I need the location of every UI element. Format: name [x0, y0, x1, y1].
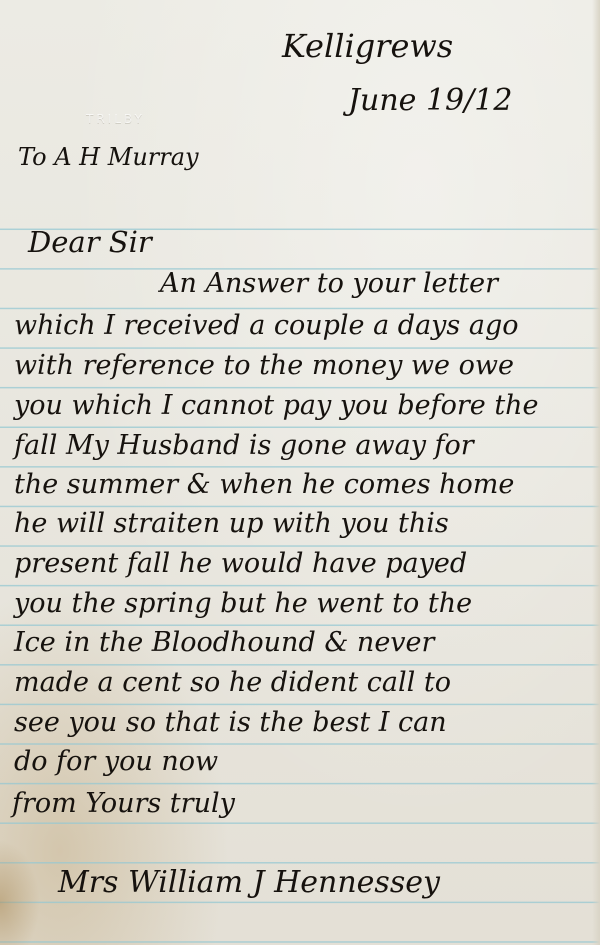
body-line: An Answer to your letter — [160, 270, 498, 297]
body-line: which I received a couple a days ago — [14, 312, 519, 339]
letter-place: Kelligrews — [282, 30, 453, 62]
letter-date: June 19/12 — [348, 86, 512, 116]
body-line: present fall he would have payed — [14, 550, 467, 577]
body-line: Ice in the Bloodhound & never — [14, 629, 434, 656]
age-stain — [0, 840, 40, 945]
letter-salutation: Dear Sir — [28, 228, 152, 257]
letter-page: TRILBY Kelligrews June 19/12 To A H Murr… — [0, 0, 600, 945]
paper-edge — [592, 0, 600, 945]
letter-signature: Mrs William J Hennessey — [58, 868, 440, 898]
paper-watermark: TRILBY — [86, 112, 145, 126]
body-line: you which I cannot pay you before the — [14, 392, 539, 419]
body-line: fall My Husband is gone away for — [14, 432, 474, 459]
body-line: see you so that is the best I can — [14, 709, 447, 736]
body-line: you the spring but he went to the — [14, 590, 472, 617]
letter-closing: from Yours truly — [12, 790, 235, 817]
body-line: made a cent so he dident call to — [14, 669, 451, 696]
body-line: with reference to the money we owe — [14, 352, 514, 379]
letter-recipient: To A H Murray — [18, 145, 199, 169]
body-line: do for you now — [14, 748, 218, 775]
body-line: he will straiten up with you this — [14, 510, 449, 537]
body-line: the summer & when he comes home — [14, 471, 514, 498]
